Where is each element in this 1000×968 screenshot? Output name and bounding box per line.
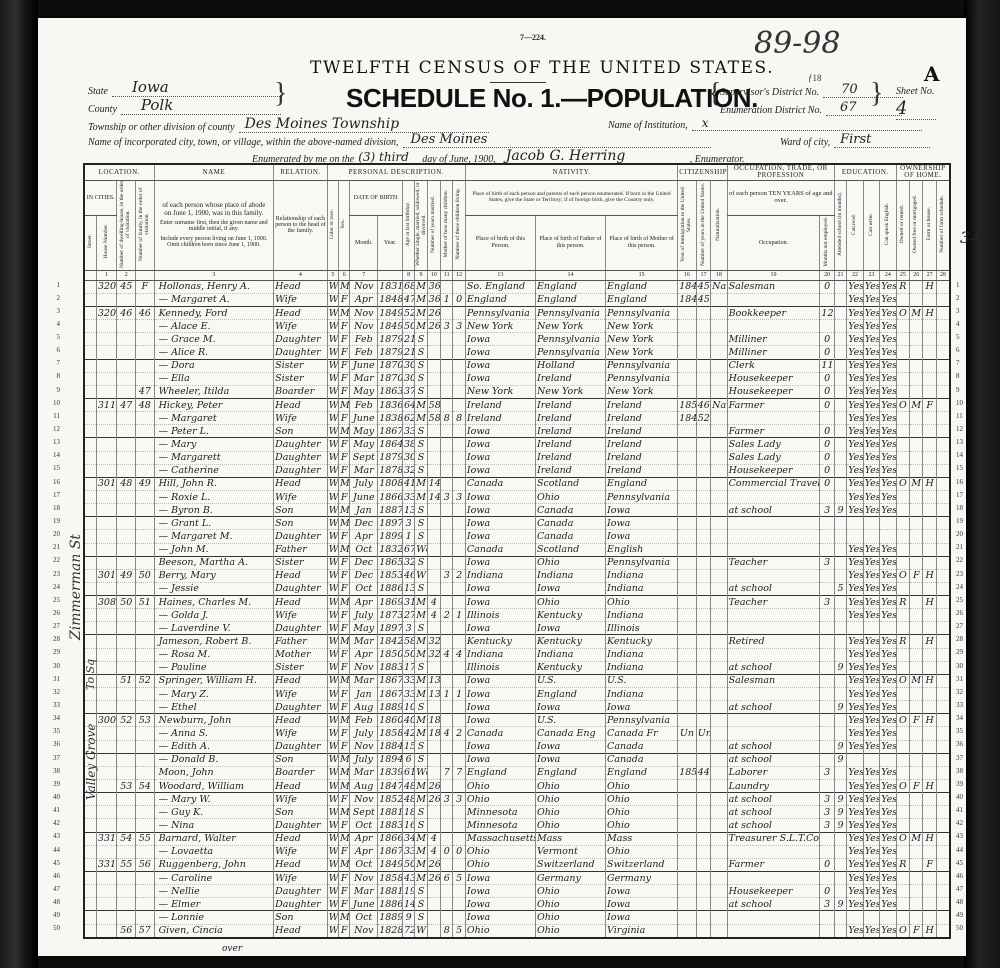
can-write: Yes: [863, 425, 879, 438]
birthplace: Illinois: [465, 661, 535, 674]
color: W: [327, 412, 338, 425]
row-number-left: 3: [46, 307, 60, 315]
can-write: Yes: [863, 398, 879, 411]
occupation: Teacher: [727, 556, 820, 569]
months-unemployed: [820, 530, 834, 543]
free-mortgaged: F: [910, 924, 923, 938]
row-number-left: 46: [46, 872, 60, 880]
owned-rented: [896, 648, 909, 661]
section-relation: RELATION.: [274, 164, 328, 180]
row-number-right: 11: [956, 412, 963, 420]
relation: Daughter: [274, 451, 328, 464]
sex: F: [339, 372, 350, 385]
occupation: [727, 320, 820, 333]
mother-of: [441, 398, 453, 411]
relation: Wife: [274, 872, 328, 885]
father-birthplace: Ohio: [535, 793, 605, 806]
years-married: 32: [427, 648, 440, 661]
father-birthplace: Ohio: [535, 885, 605, 898]
owned-rented: O: [896, 674, 909, 687]
free-mortgaged: M: [910, 398, 923, 411]
can-read: Yes: [847, 740, 863, 753]
years-married: [427, 517, 440, 530]
birthplace: Iowa: [465, 622, 535, 635]
dwelling-number: [117, 451, 136, 464]
mother-of: [441, 898, 453, 911]
farm-schedule: [936, 701, 950, 714]
birthplace: Iowa: [465, 451, 535, 464]
color: W: [327, 885, 338, 898]
mother-birthplace: Ireland: [606, 451, 678, 464]
mother-birthplace: New York: [606, 320, 678, 333]
school-months: [834, 727, 846, 740]
mother-of: [441, 635, 453, 648]
farm-house: [923, 556, 936, 569]
marital-status: M: [415, 596, 427, 609]
years-married: [427, 898, 440, 911]
mother-birthplace: Ohio: [606, 596, 678, 609]
dwelling-number: [117, 727, 136, 740]
dwelling-number: [117, 609, 136, 622]
farm-schedule: [936, 280, 950, 293]
house-number: [96, 438, 117, 451]
house-number: [96, 451, 117, 464]
mother-of: [441, 674, 453, 687]
table-row: — Alace E.WifeWFNov184950M2633New YorkNe…: [84, 320, 950, 333]
naturalization: [711, 293, 728, 306]
month-header: Month.: [350, 215, 378, 270]
immigration-year: [678, 740, 697, 753]
sex: M: [339, 911, 350, 924]
can-write: Yes: [863, 451, 879, 464]
mother-birthplace: Canada: [606, 740, 678, 753]
school-months: [834, 306, 846, 319]
row-number-left: 41: [46, 806, 60, 814]
immigration-year: [678, 359, 697, 372]
family-number: [136, 556, 155, 569]
school-months: [834, 556, 846, 569]
can-read: Yes: [847, 477, 863, 490]
immigration-year: [678, 596, 697, 609]
farm-house: H: [923, 832, 936, 845]
immigration-year: [678, 582, 697, 595]
free-mortgaged: [910, 872, 923, 885]
mother-birthplace: Ohio: [606, 780, 678, 793]
color: W: [327, 806, 338, 819]
birthplace: Illinois: [465, 609, 535, 622]
birthplace: Iowa: [465, 504, 535, 517]
immigration-year: [678, 885, 697, 898]
row-number-left: 23: [46, 570, 60, 578]
person-name: — Roxie L.: [154, 490, 274, 503]
immigration-year: [678, 714, 697, 727]
mother-birthplace: Indiana: [606, 609, 678, 622]
house-number: 3116: [96, 398, 117, 411]
family-number: [136, 517, 155, 530]
birthplace: Iowa: [465, 740, 535, 753]
sex: M: [339, 280, 350, 293]
birth-month: Nov: [350, 793, 378, 806]
sex: F: [339, 346, 350, 359]
can-speak: Yes: [880, 766, 896, 779]
person-name: — Margaret M.: [154, 530, 274, 543]
children-living: [453, 451, 465, 464]
sex: F: [339, 701, 350, 714]
relation: Son: [274, 504, 328, 517]
farm-house: [923, 898, 936, 911]
row-number-left: 8: [46, 372, 60, 380]
row-number-right: 40: [956, 793, 963, 801]
children-living: [453, 346, 465, 359]
table-row: — Rosa M.MotherWFApr185050M3244IndianaIn…: [84, 648, 950, 661]
person-name: — Grace M.: [154, 333, 274, 346]
free-mortgaged: [910, 280, 923, 293]
column-number: 8: [402, 270, 414, 280]
column-number: 22: [847, 270, 863, 280]
mother-of: 3: [441, 490, 453, 503]
farm-schedule: [936, 740, 950, 753]
months-unemployed: [820, 674, 834, 687]
children-living: 0: [453, 845, 465, 858]
farm-schedule: [936, 569, 950, 582]
owned-rented: [896, 556, 909, 569]
age: 67: [402, 543, 414, 556]
school-months: 5: [834, 582, 846, 595]
birth-year: 1879: [378, 346, 403, 359]
birth-year: 1873: [378, 609, 403, 622]
can-speak: [880, 517, 896, 530]
color: W: [327, 753, 338, 766]
person-name: Berry, Mary: [154, 569, 274, 582]
relation: Wife: [274, 293, 328, 306]
dwelling-header: Number of dwelling-house, in the order o…: [120, 180, 132, 268]
children-living: [453, 596, 465, 609]
relation: Head: [274, 832, 328, 845]
children-living: [453, 556, 465, 569]
person-name: — Mary W.: [154, 793, 274, 806]
school-months: [834, 688, 846, 701]
years-in-us: [696, 622, 710, 635]
can-read: Yes: [847, 569, 863, 582]
family-number: 55: [136, 832, 155, 845]
naturalization: [711, 596, 728, 609]
mother-birthplace: Pennsylvania: [606, 359, 678, 372]
owned-rented: [896, 727, 909, 740]
years-married: 4: [427, 845, 440, 858]
family-number: [136, 635, 155, 648]
free-mortgaged: [910, 346, 923, 359]
children-living: [453, 622, 465, 635]
free-mortgaged: [910, 885, 923, 898]
family-number: 50: [136, 569, 155, 582]
free-mortgaged: [910, 385, 923, 398]
mother-of: [441, 346, 453, 359]
school-months: [834, 885, 846, 898]
birthplace: Iowa: [465, 885, 535, 898]
age: 33: [402, 688, 414, 701]
family-number: [136, 425, 155, 438]
father-birthplace: Ohio: [535, 911, 605, 924]
can-write: Yes: [863, 280, 879, 293]
section-citizenship: CITIZENSHIP.: [678, 164, 727, 180]
farm-schedule: [936, 753, 950, 766]
marital-status: S: [415, 438, 427, 451]
dwelling-number: 48: [117, 477, 136, 490]
house-number: 3012: [96, 477, 117, 490]
institution-value: x: [692, 116, 922, 131]
free-mortgaged: [910, 425, 923, 438]
children-living: [453, 582, 465, 595]
row-number-right: 41: [956, 806, 963, 814]
can-speak: Yes: [880, 346, 896, 359]
relation: Daughter: [274, 885, 328, 898]
sex: M: [339, 543, 350, 556]
marital-status: S: [415, 346, 427, 359]
owned-rented: [896, 898, 909, 911]
mother-of: [441, 451, 453, 464]
years-in-us: [696, 451, 710, 464]
house-number: [96, 872, 117, 885]
column-number: 10: [427, 270, 440, 280]
immigration-year: [678, 320, 697, 333]
can-write: Yes: [863, 648, 879, 661]
father-birthplace: Canada: [535, 530, 605, 543]
owned-rented: [896, 661, 909, 674]
row-number-left: 30: [46, 662, 60, 670]
free-mortgaged: [910, 320, 923, 333]
years-in-us: [696, 714, 710, 727]
months-unemployed: 0: [820, 438, 834, 451]
street: [84, 517, 96, 530]
birthplace: Iowa: [465, 753, 535, 766]
row-number-left: 43: [46, 832, 60, 840]
school-months: [834, 490, 846, 503]
free-mortgaged: [910, 845, 923, 858]
sex: F: [339, 924, 350, 938]
birth-year: 1894: [378, 753, 403, 766]
table-row: — EllaSisterWFMar187030SIowaIrelandPenns…: [84, 372, 950, 385]
dwelling-number: [117, 359, 136, 372]
can-speak: Yes: [880, 556, 896, 569]
street: [84, 320, 96, 333]
house-number: [96, 320, 117, 333]
mother-of: 4: [441, 727, 453, 740]
row-number-right: 30: [956, 662, 963, 670]
mother-of: [441, 385, 453, 398]
birth-month: Mar: [350, 635, 378, 648]
years-married: [427, 701, 440, 714]
batch-number: 89-98: [754, 26, 840, 61]
city-field: Name of incorporated city, town, or vill…: [88, 132, 711, 148]
months-unemployed: [820, 661, 834, 674]
owned-rented: [896, 451, 909, 464]
can-write: Yes: [863, 832, 879, 845]
free-mortgaged: F: [910, 780, 923, 793]
color: W: [327, 832, 338, 845]
birth-year: 1869: [378, 596, 403, 609]
dwelling-number: [117, 346, 136, 359]
relation: Daughter: [274, 346, 328, 359]
can-speak: Yes: [880, 609, 896, 622]
sex: F: [339, 872, 350, 885]
mother-birthplace: Ireland: [606, 438, 678, 451]
farm-schedule: [936, 293, 950, 306]
marital-status: W: [415, 569, 427, 582]
occupation-desc: of each person TEN YEARS of age and over…: [727, 180, 834, 215]
age: 21: [402, 333, 414, 346]
owned-rented: [896, 490, 909, 503]
birth-year: 1879: [378, 333, 403, 346]
row-number-right: 15: [956, 464, 963, 472]
father-birthplace: New York: [535, 320, 605, 333]
farm-house: H: [923, 924, 936, 938]
color: W: [327, 609, 338, 622]
birthplace: Iowa: [465, 872, 535, 885]
occupation: at school: [727, 701, 820, 714]
color: W: [327, 280, 338, 293]
can-read: Yes: [847, 451, 863, 464]
farm-schedule: [936, 635, 950, 648]
birth-year: 1853: [378, 569, 403, 582]
person-name: — Guy K.: [154, 806, 274, 819]
marital-status: S: [415, 425, 427, 438]
naturalization: [711, 740, 728, 753]
children-living: 8: [453, 412, 465, 425]
dwelling-number: [117, 911, 136, 924]
can-speak: Yes: [880, 714, 896, 727]
section-ownership: OWNERSHIP OF HOME.: [896, 164, 950, 180]
table-row: — Edith A.DaughterWFNov188415SIowaIowaCa…: [84, 740, 950, 753]
years-in-us: [696, 543, 710, 556]
father-birthplace: Germany: [535, 872, 605, 885]
immigration-year: 1848: [678, 280, 697, 293]
birth-year: 1866: [378, 490, 403, 503]
house-number: 3201: [96, 280, 117, 293]
relation-desc: Relationship of each person to the head …: [274, 180, 328, 270]
marital-status: S: [415, 819, 427, 832]
birth-year: 1866: [378, 832, 403, 845]
years-married: [427, 530, 440, 543]
mother-birthplace: Indiana: [606, 688, 678, 701]
can-read: Yes: [847, 320, 863, 333]
marital-status: M: [415, 490, 427, 503]
can-read: [847, 517, 863, 530]
birthplace: Iowa: [465, 333, 535, 346]
marital-status: M: [415, 845, 427, 858]
owned-rented: O: [896, 477, 909, 490]
dwelling-number: 54: [117, 832, 136, 845]
column-number: 6: [339, 270, 350, 280]
farm-schedule: [936, 648, 950, 661]
can-speak: Yes: [880, 596, 896, 609]
street: [84, 845, 96, 858]
can-speak: Yes: [880, 320, 896, 333]
father-birthplace: Ohio: [535, 819, 605, 832]
sex: F: [339, 793, 350, 806]
naturalization: [711, 530, 728, 543]
months-unemployed: [820, 727, 834, 740]
months-unemployed: [820, 648, 834, 661]
months-unemployed: 11: [820, 359, 834, 372]
farm-house: [923, 517, 936, 530]
occupation: Retired: [727, 635, 820, 648]
farm-schedule: [936, 872, 950, 885]
farm-schedule: [936, 504, 950, 517]
row-number-right: 42: [956, 819, 963, 827]
school-months: [834, 517, 846, 530]
marital-status: S: [415, 517, 427, 530]
person-name: — Elmer: [154, 898, 274, 911]
sex: F: [339, 845, 350, 858]
house-number: [96, 793, 117, 806]
can-read: Yes: [847, 385, 863, 398]
sex: M: [339, 635, 350, 648]
years-in-us: 46: [696, 398, 710, 411]
can-read: Yes: [847, 885, 863, 898]
color: W: [327, 530, 338, 543]
marital-status: M: [415, 858, 427, 871]
naturalization: [711, 845, 728, 858]
school-months: [834, 622, 846, 635]
enumeration-value: 67: [826, 100, 902, 116]
owned-rented: O: [896, 924, 909, 938]
person-name: Wheeler, Itilda: [154, 385, 274, 398]
children-living: [453, 425, 465, 438]
street: [84, 832, 96, 845]
free-mortgaged: [910, 661, 923, 674]
years-married: [427, 622, 440, 635]
house-number: [96, 924, 117, 938]
dwelling-number: [117, 661, 136, 674]
street: [84, 609, 96, 622]
years-in-us: [696, 924, 710, 938]
column-number: [136, 270, 155, 280]
school-months: [834, 280, 846, 293]
birth-mother-header: Place of birth of Mother of this person.: [606, 215, 678, 270]
row-number-right: 47: [956, 885, 963, 893]
row-number-left: 29: [46, 648, 60, 656]
section-nativity: NATIVITY.: [465, 164, 677, 180]
family-number: [136, 885, 155, 898]
color: W: [327, 464, 338, 477]
marital-status: S: [415, 753, 427, 766]
sex: F: [339, 385, 350, 398]
sex: F: [339, 530, 350, 543]
row-number-left: 32: [46, 688, 60, 696]
birth-month: June: [350, 412, 378, 425]
years-in-us: [696, 648, 710, 661]
owned-rented: [896, 320, 909, 333]
house-number: 3080: [96, 596, 117, 609]
dwelling-number: 45: [117, 280, 136, 293]
father-birthplace: Kentucky: [535, 609, 605, 622]
house-number: [96, 582, 117, 595]
birthplace: Iowa: [465, 517, 535, 530]
naturalization: [711, 569, 728, 582]
house-number: [96, 661, 117, 674]
row-number-left: 24: [46, 583, 60, 591]
years-in-us: [696, 885, 710, 898]
can-read: Yes: [847, 280, 863, 293]
mother-birthplace: Indiana: [606, 661, 678, 674]
sex: F: [339, 885, 350, 898]
can-write: Yes: [863, 477, 879, 490]
immigration-year: [678, 753, 697, 766]
table-row: 30104950Berry, MaryHeadWFDec185346W32Ind…: [84, 569, 950, 582]
immigration-year: [678, 425, 697, 438]
immigration-year: 1848: [678, 412, 697, 425]
years-married: 18: [427, 714, 440, 727]
